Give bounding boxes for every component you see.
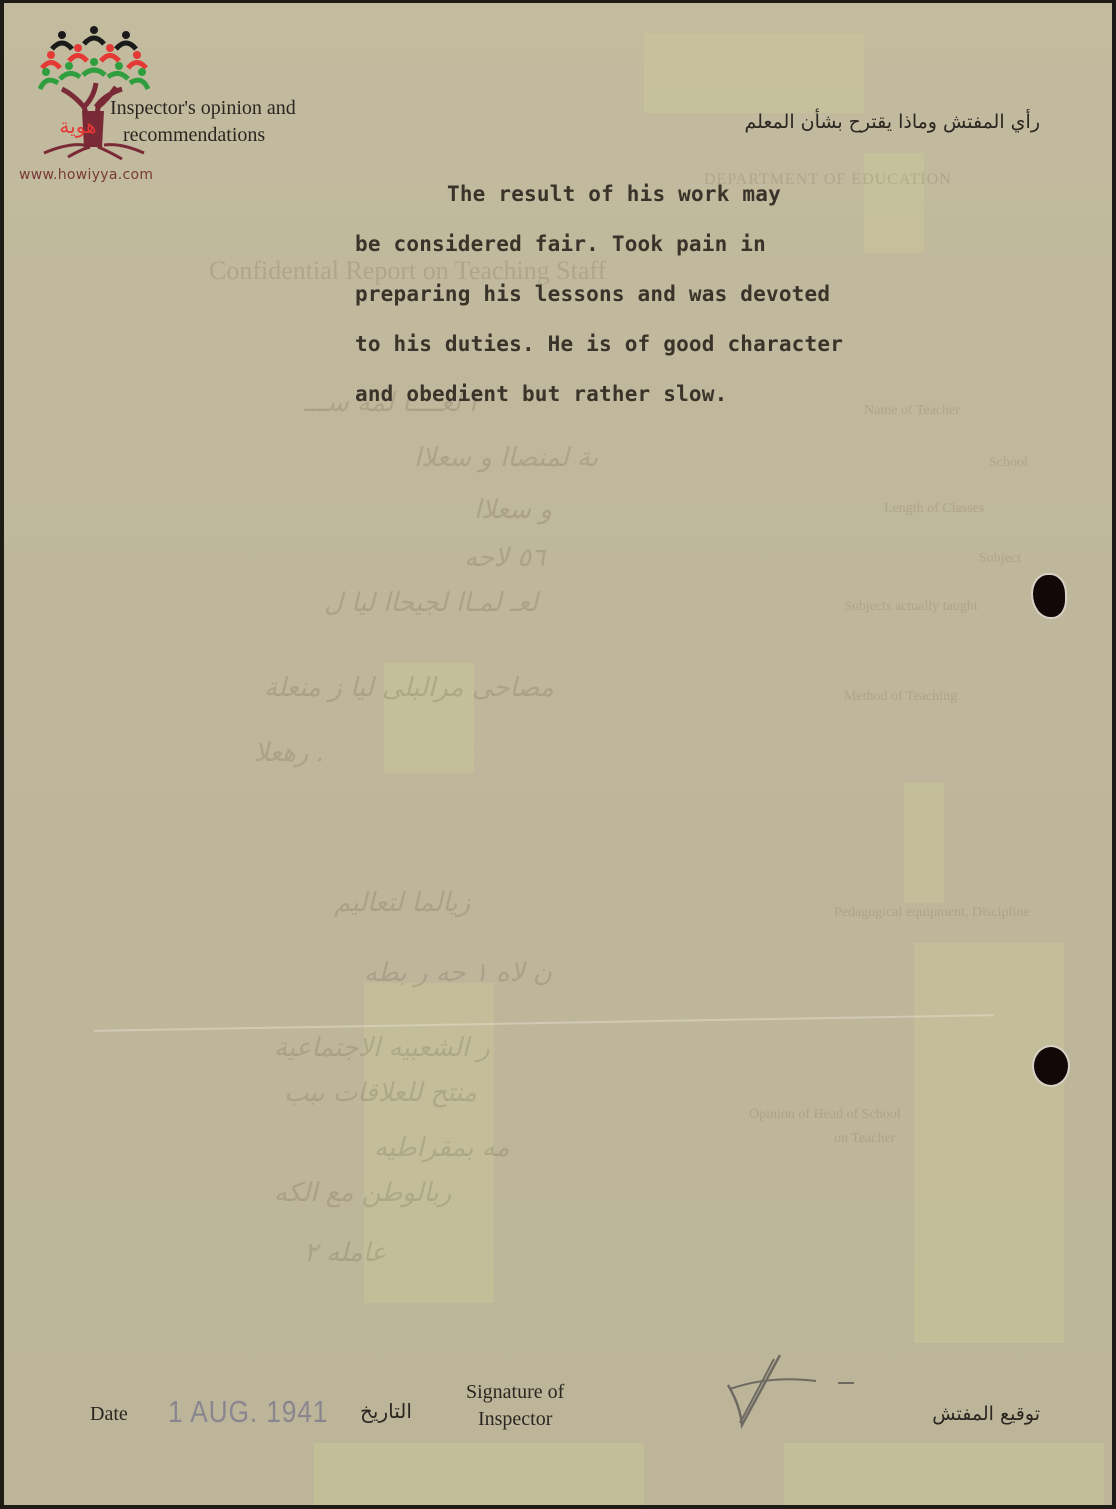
report-line: and obedient but rather slow. [355, 369, 955, 419]
report-line: be considered fair. Took pain in [355, 219, 955, 269]
scan-patch [384, 663, 474, 773]
bleed-through-handwriting: لعـ لمـاا لجيحاا ليا ل [324, 588, 538, 618]
bleed-through-form-label: School [989, 455, 1028, 471]
bleed-through-form-label: Pedagogical equipment, Discipline [834, 905, 1030, 921]
watermark-url: www.howiyya.com [19, 167, 153, 183]
bleed-through-form-label: Subjects actually taught [844, 599, 978, 615]
bleed-through-form-label: Length of Classes [884, 501, 984, 517]
paper-crease [94, 1014, 994, 1032]
report-line: The result of his work may [355, 169, 955, 219]
scan-patch [784, 1443, 1104, 1505]
document-page: ا لعــــا لمه ســـ ىة لمنصاا و سعلاا و س… [4, 3, 1112, 1505]
scan-patch [644, 33, 864, 113]
bleed-through-handwriting: و سعلاا [474, 495, 552, 525]
bleed-through-handwriting: ٥٦ لاحه [464, 543, 545, 573]
bleed-through-form-label: on Teacher [834, 1131, 895, 1147]
section-heading-en: Inspector's opinion and recommendations [110, 95, 296, 149]
bleed-through-form-label: Opinion of Head of School [749, 1107, 901, 1123]
svg-text:هوية: هوية [59, 114, 96, 138]
punch-hole [1034, 1047, 1068, 1085]
date-stamp: 1 AUG. 1941 [168, 1394, 328, 1430]
scan-patch [904, 783, 944, 903]
section-heading-ar: رأي المفتش وماذا يقترح بشأن المعلم [744, 111, 1040, 133]
heading-line-2: recommendations [110, 122, 296, 149]
signature-label-ar: توقيع المفتش [932, 1403, 1040, 1425]
heading-line-1: Inspector's opinion and [110, 95, 296, 122]
scan-patch [914, 943, 1064, 1343]
bleed-through-form-label: Subject [979, 551, 1021, 567]
scan-patch [314, 1443, 644, 1505]
bleed-through-handwriting: ىة لمنصاا و سعلاا [414, 443, 598, 473]
punch-hole [1033, 575, 1065, 617]
bleed-through-handwriting: زيالما لتعاليم [334, 888, 470, 918]
signature-label-line-1: Signature of [466, 1379, 564, 1406]
report-line: to his duties. He is of good character [355, 319, 955, 369]
inspector-signature-mark [720, 1345, 870, 1435]
date-label-ar: التاريخ [360, 1399, 412, 1423]
date-label: Date [90, 1403, 128, 1426]
scan-patch [364, 983, 494, 1303]
signature-label-line-2: Inspector [466, 1406, 564, 1433]
signature-label: Signature of Inspector [466, 1379, 564, 1433]
bleed-through-form-label: Method of Teaching [844, 689, 957, 705]
bleed-through-handwriting: رهعلا . [254, 738, 325, 768]
inspector-report-text: The result of his work may be considered… [355, 169, 955, 419]
report-line: preparing his lessons and was devoted [355, 269, 955, 319]
